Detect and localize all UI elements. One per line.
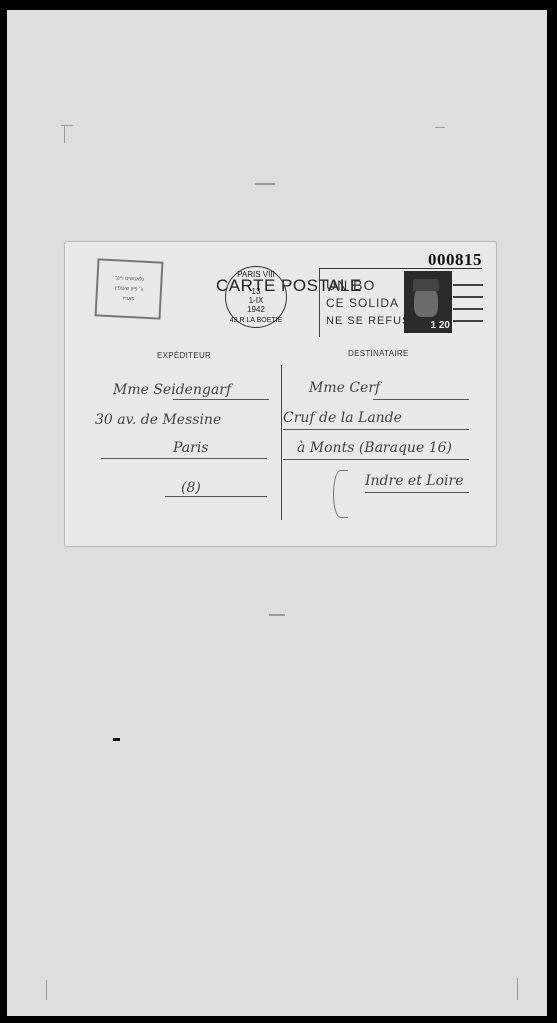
address-line — [373, 399, 469, 400]
crop-mark — [61, 125, 73, 126]
postcard: נלאטשים ויינך ג׳ פיון שענפין פאריז 00081… — [64, 241, 497, 547]
sender-street: 30 av. de Messine — [95, 412, 221, 428]
recipient-name: Mme Cerf — [309, 380, 380, 396]
postmark-date-year: 1942 — [226, 305, 286, 314]
serial-number: 000815 — [428, 250, 482, 270]
postmark-date-day: 13 — [226, 287, 286, 296]
center-divider — [281, 365, 282, 520]
crop-mark — [517, 978, 518, 1000]
stamp-value: 1 20 — [431, 320, 450, 331]
hebrew-stamp-line: ג׳ פיון שענפין — [115, 285, 143, 292]
recipient-location: Cruf de la Lande — [283, 410, 402, 426]
bracket-mark — [333, 470, 348, 518]
ink-spot — [113, 738, 120, 741]
sender-arrondissement: (8) — [181, 480, 201, 496]
postmark-office: 49 R LA BOETIE — [226, 317, 286, 324]
kepi-icon — [413, 279, 439, 291]
crop-mark — [435, 127, 445, 128]
address-line — [165, 496, 267, 497]
cancel-line — [453, 284, 483, 286]
slogan-line: NE SE REFUS — [326, 315, 410, 327]
slogan-line: UN BO — [326, 277, 375, 293]
postmark-circle: PARIS VIII 13 1-IX 1942 49 R LA BOETIE — [225, 266, 287, 328]
address-line — [101, 458, 267, 459]
crop-mark — [46, 980, 47, 1000]
cancel-line — [453, 296, 483, 298]
postmark-city: PARIS VIII — [226, 270, 286, 279]
sender-label: EXPÉDITEUR — [157, 351, 211, 360]
cancel-line — [453, 320, 483, 322]
cancel-line — [453, 308, 483, 310]
sender-name: Mme Seidengarf — [113, 382, 231, 398]
postage-stamp: 1 20 — [404, 271, 452, 333]
sender-city: Paris — [173, 440, 209, 456]
crop-mark — [255, 183, 275, 185]
hebrew-stamp-line: נלאטשים ויינך — [115, 275, 144, 283]
crop-mark — [269, 614, 285, 616]
crop-mark — [64, 125, 65, 143]
postmark-date-month: 1-IX — [226, 296, 286, 305]
address-line — [365, 492, 469, 493]
address-line — [283, 429, 469, 430]
recipient-label: DESTINATAIRE — [348, 349, 409, 358]
slogan-cancellation: UN BO CE SOLIDA NE SE REFUS — [319, 268, 482, 337]
address-line — [173, 399, 269, 400]
recipient-town: à Monts (Baraque 16) — [297, 440, 452, 456]
slogan-line: CE SOLIDA — [326, 296, 399, 310]
hebrew-stamp-line: פאריז — [122, 296, 134, 303]
recipient-department: Indre et Loire — [365, 473, 463, 489]
hebrew-rubber-stamp: נלאטשים ויינך ג׳ פיון שענפין פאריז — [95, 258, 164, 319]
address-line — [283, 459, 469, 460]
